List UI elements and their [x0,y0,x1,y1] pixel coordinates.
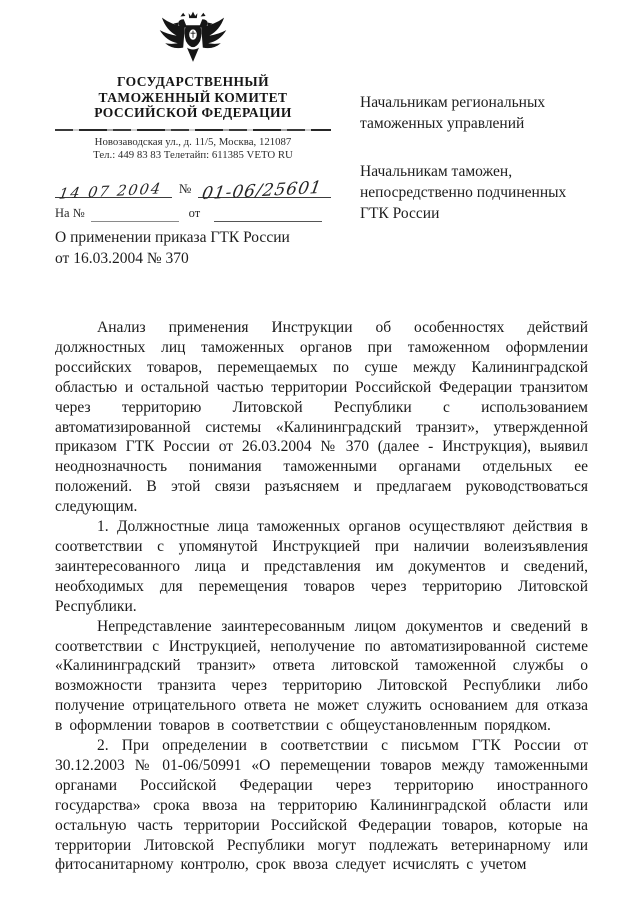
addressee-regional-administrations: Начальникам региональных таможенных упра… [360,92,615,134]
reference-prefix-label: На № [55,206,85,222]
letterhead-divider [55,129,331,131]
incoming-date-blank [214,209,322,222]
number-blank-line: 01-06/25601 [198,175,331,198]
letter-body: Анализ применения Инструкции об особенно… [55,318,588,875]
body-paragraph: 1. Должностные лица таможенных органов о… [55,517,588,617]
body-paragraph: Анализ применения Инструкции об особенно… [55,318,588,517]
addressee-customs-houses: Начальникам таможен, непосредственно под… [360,161,615,224]
body-paragraph: 2. При определении в соответствии с пись… [55,736,588,875]
body-paragraph: Непредставление заинтересованным лицом д… [55,617,588,736]
org-phone: Тел.: 449 83 83 Телетайп: 611385 VETO RU [55,149,331,162]
recipients-block: Начальникам региональных таможенных упра… [360,92,615,224]
incoming-reference-row: На № от [55,206,331,222]
state-emblem-eagle-icon [55,10,331,70]
handwritten-number: 01-06/25601 [201,177,324,203]
org-address: Новозаводская ул., д. 11/5, Москва, 1210… [55,136,331,149]
outgoing-reference-row: 14 07 2004 № 01-06/25601 [55,175,331,198]
date-blank-line: 14 07 2004 [55,177,172,198]
letter-subject: О применении приказа ГТК России от 16.03… [55,227,385,269]
scanned-letter-page: ГОСУДАРСТВЕННЫЙ ТАМОЖЕННЫЙ КОМИТЕТ РОССИ… [0,0,640,900]
org-name: ГОСУДАРСТВЕННЫЙ ТАМОЖЕННЫЙ КОМИТЕТ РОССИ… [55,74,331,121]
handwritten-date: 14 07 2004 [58,181,163,203]
letterhead: ГОСУДАРСТВЕННЫЙ ТАМОЖЕННЫЙ КОМИТЕТ РОССИ… [55,10,331,222]
incoming-number-blank [91,209,179,222]
number-sign: № [179,181,191,197]
reference-from-label: от [189,206,201,222]
